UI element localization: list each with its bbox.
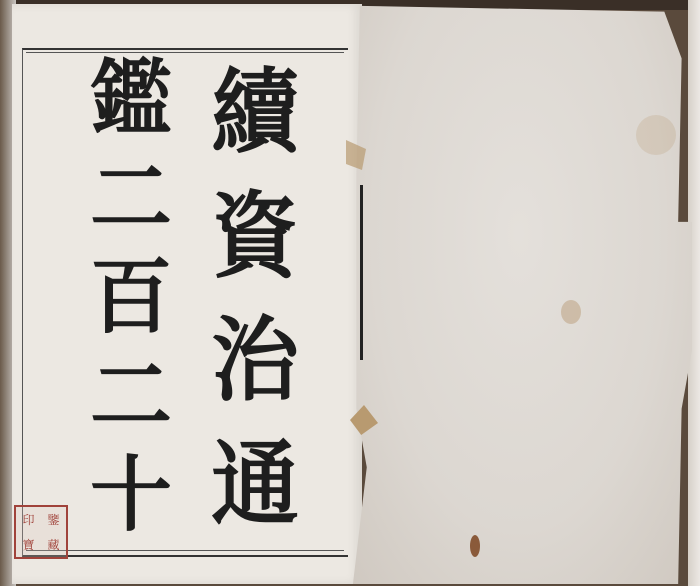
seal-char: 鑒 (47, 511, 59, 528)
title-char: 治 (211, 298, 298, 422)
title-char: 鑑 (90, 50, 172, 149)
stain (636, 115, 676, 155)
title-column-right: 續 資 治 通 (190, 50, 320, 546)
seal-char: 印 (22, 511, 34, 528)
title-char: 資 (211, 174, 298, 298)
red-seal-stamp: 印 鑒 寶 藏 (14, 505, 68, 559)
title-char: 二 (90, 347, 172, 446)
title-column-left: 鑑 二 百 二 十 (66, 50, 196, 545)
page-tear (470, 535, 480, 557)
stain (561, 300, 581, 324)
spine-thread (360, 185, 363, 360)
seal-char: 寶 (22, 536, 34, 553)
seal-char: 藏 (47, 536, 59, 553)
title-char: 續 (211, 50, 298, 174)
title-char: 十 (90, 446, 172, 545)
title-char: 二 (90, 149, 172, 248)
title-char: 百 (90, 248, 172, 347)
title-char: 通 (211, 422, 298, 546)
blank-page (346, 0, 692, 584)
